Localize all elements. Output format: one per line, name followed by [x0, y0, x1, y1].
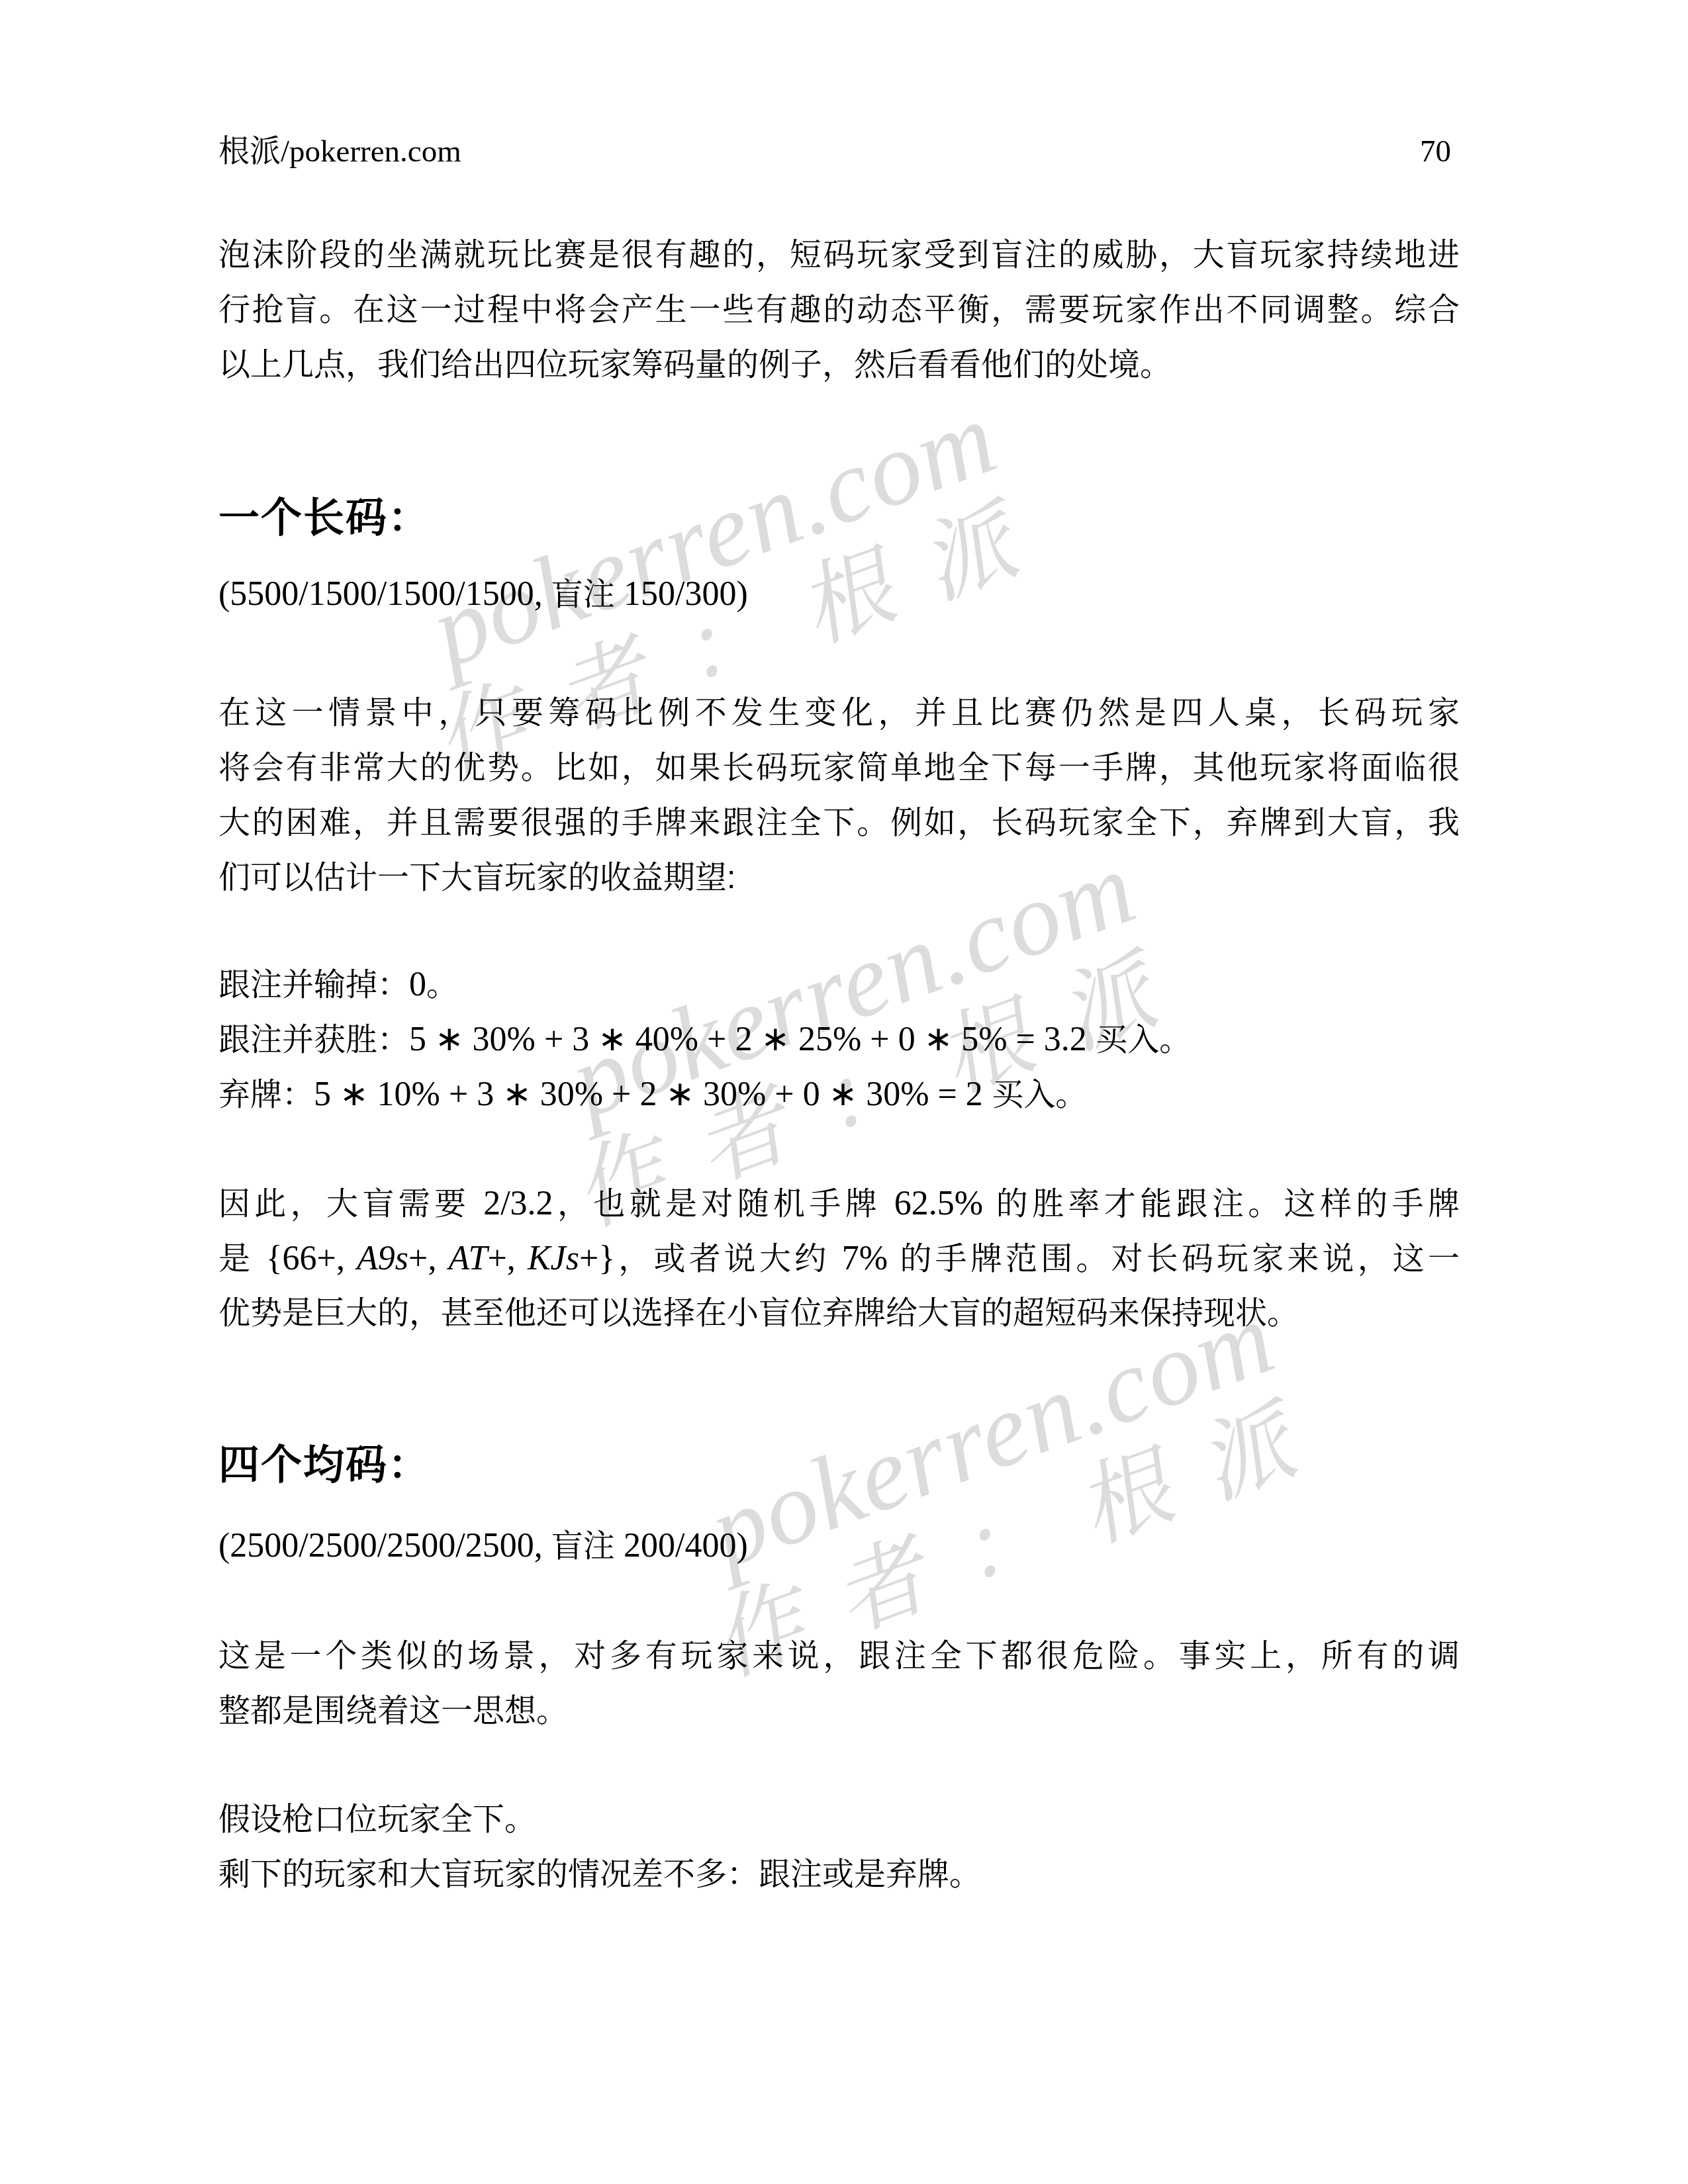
section-heading-four-even-stacks: 四个均码：: [218, 1443, 430, 1489]
text-segment: 假设枪口位玩家全下。: [218, 1802, 536, 1837]
text-line: 在这一情景中，只要筹码比例不发生变化，并且比赛仍然是四人桌，长码玩家: [218, 686, 1460, 741]
text-line: 们可以估计一下大盲玩家的收益期望:: [218, 850, 1460, 905]
text-line: 将会有非常大的优势。比如，如果长码玩家简单地全下每一手牌，其他玩家将面临很: [218, 741, 1460, 796]
math-segment: +,: [408, 1240, 449, 1277]
text-segment: 整都是围绕着这一思想。: [218, 1694, 568, 1729]
text-segment: 大的困难，并且需要很强的手牌来跟注全下。例如，长码玩家全下，弃牌到大盲，我: [218, 805, 1460, 841]
math-segment: 5 ∗ 30% + 3 ∗ 40% + 2 ∗ 25% + 0 ∗ 5% = 3…: [409, 1021, 1087, 1058]
text-line: 这是一个类似的场景，对多有玩家来说，跟注全下都很危险。事实上，所有的调: [218, 1629, 1460, 1684]
text-line: 因此，大盲需要 2/3.2，也就是对随机手牌 62.5% 的胜率才能跟注。这样的…: [218, 1176, 1460, 1231]
text-line: 整都是围绕着这一思想。: [218, 1684, 1460, 1739]
document-page: pokerren.com 作者：根派 pokerren.com 作者：根派 po…: [0, 0, 1688, 2184]
text-segment: 盲注: [551, 1529, 624, 1564]
text-segment: 弃牌：: [218, 1077, 314, 1113]
stack-setup-line-1: (5500/1500/1500/1500, 盲注 150/300): [218, 567, 1460, 621]
text-segment: 的手牌范围。对长码玩家来说，这一: [888, 1242, 1460, 1277]
math-segment: 200/400): [624, 1527, 748, 1565]
text-line: 假设枪口位玩家全下。: [218, 1792, 1460, 1847]
text-line: 弃牌：5 ∗ 10% + 3 ∗ 30% + 2 ∗ 30% + 0 ∗ 30%…: [218, 1067, 1460, 1122]
text-segment: 买入。: [983, 1077, 1087, 1113]
text-segment: 是: [218, 1242, 266, 1277]
text-line: (5500/1500/1500/1500, 盲注 150/300): [218, 567, 1460, 621]
text-segment: 这是一个类似的场景，对多有玩家来说，跟注全下都很危险。事实上，所有的调: [218, 1639, 1460, 1674]
page-number: 70: [1420, 132, 1451, 171]
stack-setup-line-2: (2500/2500/2500/2500, 盲注 200/400): [218, 1518, 1460, 1573]
text-segment: 买入。: [1087, 1023, 1191, 1058]
section-heading-one-big-stack: 一个长码：: [218, 496, 430, 542]
text-segment: 的胜率才能跟注。这样的手牌: [983, 1187, 1460, 1222]
paragraph-intro: 泡沫阶段的坐满就玩比赛是很有趣的，短码玩家受到盲注的威胁，大盲玩家持续地进行抢盲…: [218, 228, 1460, 392]
text-line: (2500/2500/2500/2500, 盲注 200/400): [218, 1518, 1460, 1573]
text-line: 以上几点，我们给出四位玩家筹码量的例子，然后看看他们的处境。: [218, 338, 1460, 392]
text-segment: ，或者说大约: [615, 1242, 842, 1277]
math-segment: 5 ∗ 10% + 3 ∗ 30% + 2 ∗ 30% + 0 ∗ 30% = …: [314, 1075, 983, 1113]
text-line: 行抢盲。在这一过程中将会产生一些有趣的动态平衡，需要玩家作出不同调整。综合: [218, 283, 1460, 338]
text-segment: 行抢盲。在这一过程中将会产生一些有趣的动态平衡，需要玩家作出不同调整。综合: [218, 293, 1460, 328]
paragraph-analysis: 因此，大盲需要 2/3.2，也就是对随机手牌 62.5% 的胜率才能跟注。这样的…: [218, 1176, 1460, 1341]
paragraph-scenario-2: 这是一个类似的场景，对多有玩家来说，跟注全下都很危险。事实上，所有的调整都是围绕…: [218, 1629, 1460, 1739]
math-segment: AT: [449, 1240, 488, 1277]
text-line: 泡沫阶段的坐满就玩比赛是很有趣的，短码玩家受到盲注的威胁，大盲玩家持续地进: [218, 228, 1460, 283]
math-segment: {66+,: [266, 1240, 357, 1277]
text-line: 大的困难，并且需要很强的手牌来跟注全下。例如，长码玩家全下，弃牌到大盲，我: [218, 796, 1460, 850]
text-line: 跟注并获胜：5 ∗ 30% + 3 ∗ 40% + 2 ∗ 25% + 0 ∗ …: [218, 1012, 1460, 1067]
math-segment: +,: [487, 1240, 528, 1277]
math-segment: +}: [579, 1240, 615, 1277]
math-segment: 7%: [842, 1240, 888, 1277]
text-segment: 在这一情景中，只要筹码比例不发生变化，并且比赛仍然是四人桌，长码玩家: [218, 696, 1460, 731]
text-segment: 泡沫阶段的坐满就玩比赛是很有趣的，短码玩家受到盲注的威胁，大盲玩家持续地进: [218, 238, 1460, 273]
text-segment: 优势是巨大的，甚至他还可以选择在小盲位弃牌给大盲的超短码来保持现状。: [218, 1296, 1299, 1331]
text-segment: 剩下的玩家和大盲玩家的情况差不多：跟注或是弃牌。: [218, 1857, 981, 1892]
text-segment: 以上几点，我们给出四位玩家筹码量的例子，然后看看他们的处境。: [218, 347, 1172, 383]
paragraph-assumption: 假设枪口位玩家全下。剩下的玩家和大盲玩家的情况差不多：跟注或是弃牌。: [218, 1792, 1460, 1902]
text-line: 跟注并输掉：0。: [218, 957, 1460, 1012]
math-segment: 150/300): [624, 575, 748, 613]
text-line: 优势是巨大的，甚至他还可以选择在小盲位弃牌给大盲的超短码来保持现状。: [218, 1286, 1460, 1341]
math-segment: A9s: [357, 1240, 408, 1277]
text-segment: 因此，大盲需要: [218, 1187, 483, 1222]
watermark-site-text: pokerren.com: [328, 349, 1100, 719]
math-segment: (5500/1500/1500/1500,: [218, 575, 551, 613]
math-segment: 0: [409, 966, 426, 1003]
math-segment: 2/3.2: [483, 1185, 553, 1222]
math-segment: KJs: [528, 1240, 579, 1277]
text-segment: ，也就是对随机手牌: [553, 1187, 894, 1222]
text-segment: 跟注并获胜：: [218, 1023, 409, 1058]
text-segment: 盲注: [551, 577, 624, 612]
text-segment: 将会有非常大的优势。比如，如果长码玩家简单地全下每一手牌，其他玩家将面临很: [218, 751, 1460, 786]
paragraph-scenario-1: 在这一情景中，只要筹码比例不发生变化，并且比赛仍然是四人桌，长码玩家将会有非常大…: [218, 686, 1460, 905]
text-segment: 跟注并输掉：: [218, 968, 409, 1003]
text-segment: 们可以估计一下大盲玩家的收益期望:: [218, 860, 735, 895]
text-segment: 。: [426, 968, 458, 1003]
math-segment: 62.5%: [894, 1185, 983, 1222]
page-header: 根派/pokerren.com 70: [218, 132, 1451, 171]
header-site-name: 根派/pokerren.com: [218, 132, 461, 171]
text-line: 是 {66+, A9s+, AT+, KJs+}，或者说大约 7% 的手牌范围。…: [218, 1231, 1460, 1286]
ev-formula-list: 跟注并输掉：0。跟注并获胜：5 ∗ 30% + 3 ∗ 40% + 2 ∗ 25…: [218, 957, 1460, 1122]
text-line: 剩下的玩家和大盲玩家的情况差不多：跟注或是弃牌。: [218, 1847, 1460, 1902]
math-segment: (2500/2500/2500/2500,: [218, 1527, 551, 1565]
